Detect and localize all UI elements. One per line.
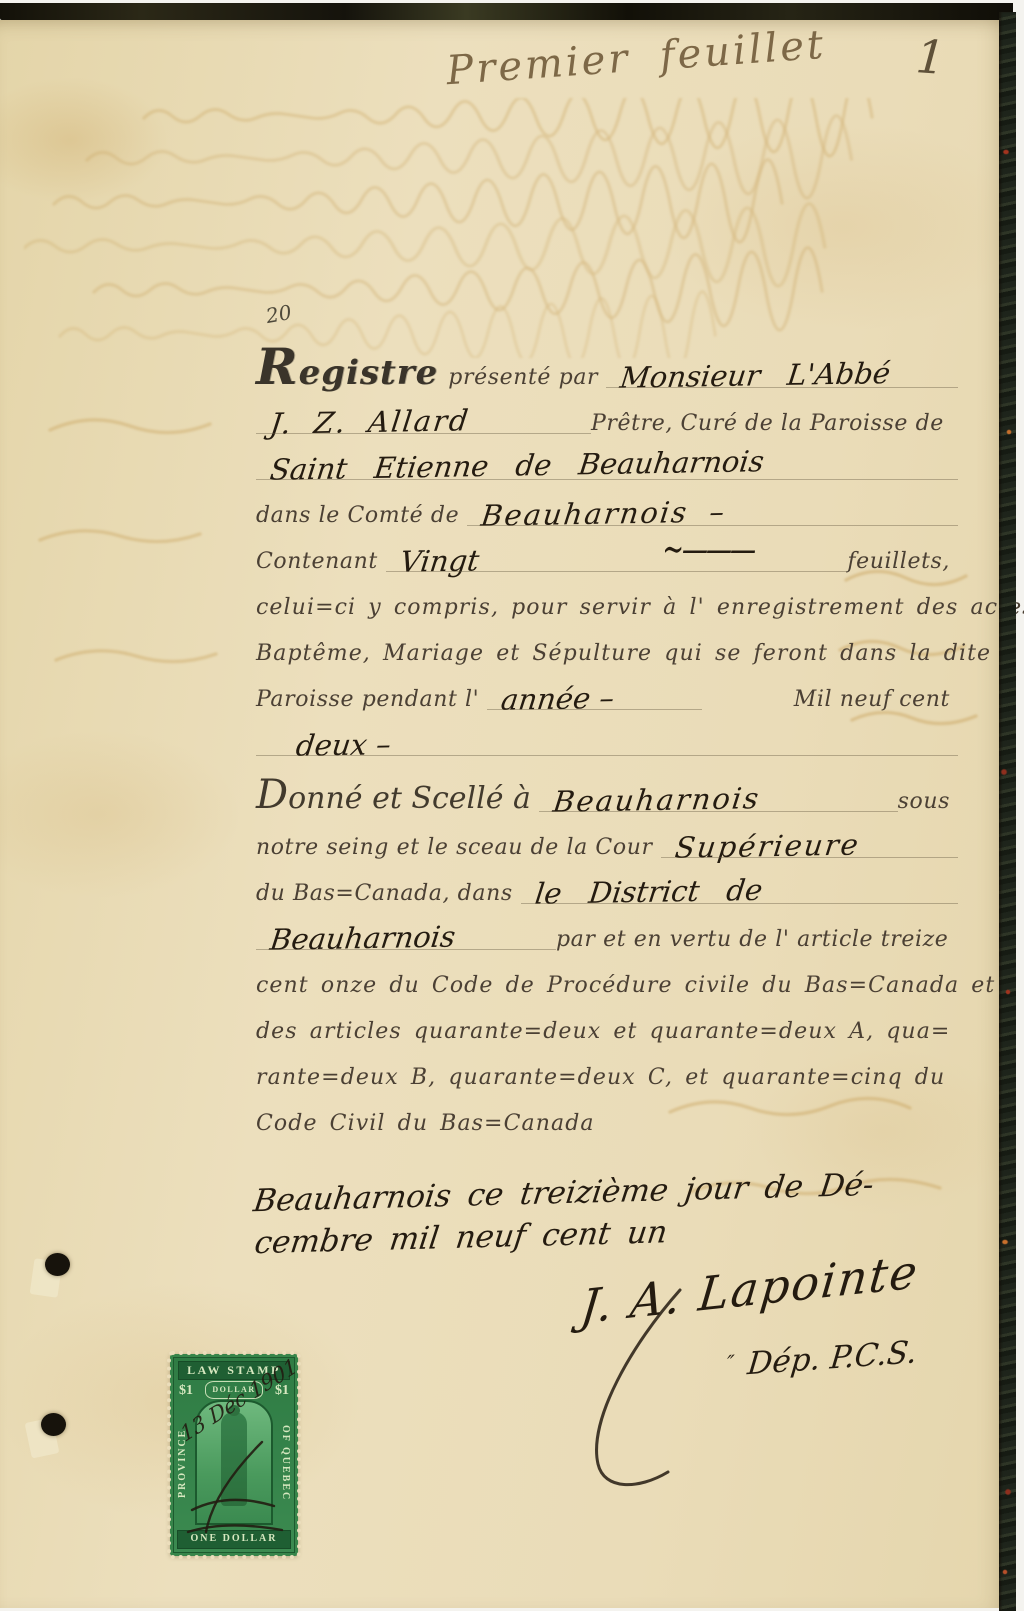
printed-text: sous <box>898 789 958 820</box>
form-line: Beauharnois par et en vertu de l' articl… <box>256 912 958 958</box>
fill-in-blank: Saint Etienne de Beauharnois <box>256 442 958 488</box>
form-line: rante=deux B, quarante=deux C, et quaran… <box>256 1050 958 1096</box>
register-form: Registre présenté par Monsieur L'Abbé J.… <box>256 342 958 1142</box>
handwritten-entry: Saint Etienne de Beauharnois <box>256 447 770 488</box>
form-line: cent onze du Code de Procédure civile du… <box>256 958 958 1004</box>
form-line: notre seing et le sceau de la Cour Supér… <box>256 820 958 866</box>
printed-text: celui=ci y compris, pour servir à l' enr… <box>256 595 1024 626</box>
ditto-mark: ″ <box>725 1350 735 1375</box>
form-line: Contenant Vingt ∼——— feuillets, <box>256 534 958 580</box>
bleedthrough-ghost-text <box>24 98 954 358</box>
fill-in-blank: deux – <box>256 718 958 764</box>
form-line: J. Z. Allard Prêtre, Curé de la Paroisse… <box>256 396 958 442</box>
form-line: dans le Comté de Beauharnois – <box>256 488 958 534</box>
handwritten-entry: deux – <box>282 730 397 764</box>
printed-text: du Bas=Canada, dans <box>256 881 521 912</box>
cancellation-flourish <box>178 1436 296 1546</box>
stamp-denomination-left: $1 <box>179 1384 193 1398</box>
handwritten-entry: Supérieure <box>661 831 866 866</box>
form-line: celui=ci y compris, pour servir à l' enr… <box>256 580 958 626</box>
handwritten-entry: J. Z. Allard <box>256 406 476 442</box>
fill-in-blank: ∼——— <box>561 534 848 580</box>
printed-text: présenté par <box>448 365 606 396</box>
handwritten-entry: Vingt <box>386 546 485 580</box>
printed-text: Contenant <box>256 549 386 580</box>
printed-text: des articles quarante=deux et quarante=d… <box>256 1019 958 1050</box>
form-line: Code Civil du Bas=Canada <box>256 1096 958 1142</box>
scanned-register-page: Premier feuillet 1 20 Registre présenté … <box>0 0 1024 1611</box>
punch-hole <box>45 1253 70 1276</box>
law-stamp: LAW STAMP $1 DOLLAR $1 PROVINCE OF QUEBE… <box>170 1354 298 1556</box>
fill-in-blank: année – <box>487 672 702 718</box>
printed-text: Mil neuf cent <box>794 687 958 718</box>
form-title-registre: Registre <box>256 342 448 396</box>
fill-in-blank: Supérieure <box>661 820 958 866</box>
form-line: des articles quarante=deux et quarante=d… <box>256 1004 958 1050</box>
signature-title-text: Dép. P.C.S. <box>746 1334 919 1382</box>
printed-text: dans le Comté de <box>256 503 467 534</box>
book-binding-edge <box>0 3 1013 20</box>
header-annotation: Premier feuillet <box>445 25 827 91</box>
handwritten-entry: Beauharnois <box>256 923 461 958</box>
fill-in-blank: J. Z. Allard <box>256 396 591 442</box>
bleedthrough-ghost-text <box>30 400 220 730</box>
printed-text: feuillets, <box>847 549 958 580</box>
form-line: du Bas=Canada, dans le District de <box>256 866 958 912</box>
printed-text: par et en vertu de l' article treize <box>556 927 956 958</box>
printed-text: Paroisse pendant l' <box>256 687 487 718</box>
handwritten-entry: Beauharnois <box>539 784 766 820</box>
page-number: 1 <box>914 33 946 81</box>
printed-text: cent onze du Code de Procédure civile du… <box>256 973 1003 1004</box>
fill-in-blank: le District de <box>521 866 958 912</box>
handwritten-filler-dash: ∼——— <box>650 531 758 575</box>
printed-text: rante=deux B, quarante=deux C, et quaran… <box>256 1065 953 1096</box>
form-line: Paroisse pendant l' année – Mil neuf cen… <box>256 672 958 718</box>
handwritten-entry: le District de <box>521 876 768 912</box>
tally-note: 20 <box>264 302 293 326</box>
form-line: Registre présenté par Monsieur L'Abbé <box>256 342 958 396</box>
law-stamp-body: LAW STAMP $1 DOLLAR $1 PROVINCE OF QUEBE… <box>173 1357 295 1553</box>
punch-hole <box>41 1413 66 1436</box>
fill-in-blank: Beauharnois <box>539 774 898 820</box>
fill-in-blank: Monsieur L'Abbé <box>606 342 958 396</box>
form-line: Donné et Scellé à Beauharnois sous <box>256 774 958 820</box>
fill-in-blank: Vingt <box>386 534 561 580</box>
signature-title: ″Dép. P.C.S. <box>725 1337 919 1382</box>
printed-text: notre seing et le sceau de la Cour <box>256 835 661 866</box>
printed-section-opener: Donné et Scellé à <box>256 775 539 820</box>
printed-text: Code Civil du Bas=Canada <box>256 1111 603 1142</box>
fill-in-blank: Beauharnois <box>256 912 556 958</box>
closing-date-clause: Beauharnois ce treizième jour de Dé- cem… <box>253 1163 955 1265</box>
form-line: deux – <box>256 718 958 764</box>
signature-name: J. A. Lapointe <box>578 1248 921 1330</box>
printed-text: Baptême, Mariage et Sépulture qui se fer… <box>256 641 999 672</box>
paper-sheet: Premier feuillet 1 20 Registre présenté … <box>0 20 1004 1608</box>
form-line: Baptême, Mariage et Sépulture qui se fer… <box>256 626 958 672</box>
form-line: Saint Etienne de Beauharnois <box>256 442 958 488</box>
handwritten-entry: Monsieur L'Abbé <box>606 359 896 396</box>
printed-text: Prêtre, Curé de la Paroisse de <box>591 411 952 442</box>
handwritten-entry: année – <box>487 684 620 718</box>
marbled-cover-edge <box>999 12 1016 1611</box>
